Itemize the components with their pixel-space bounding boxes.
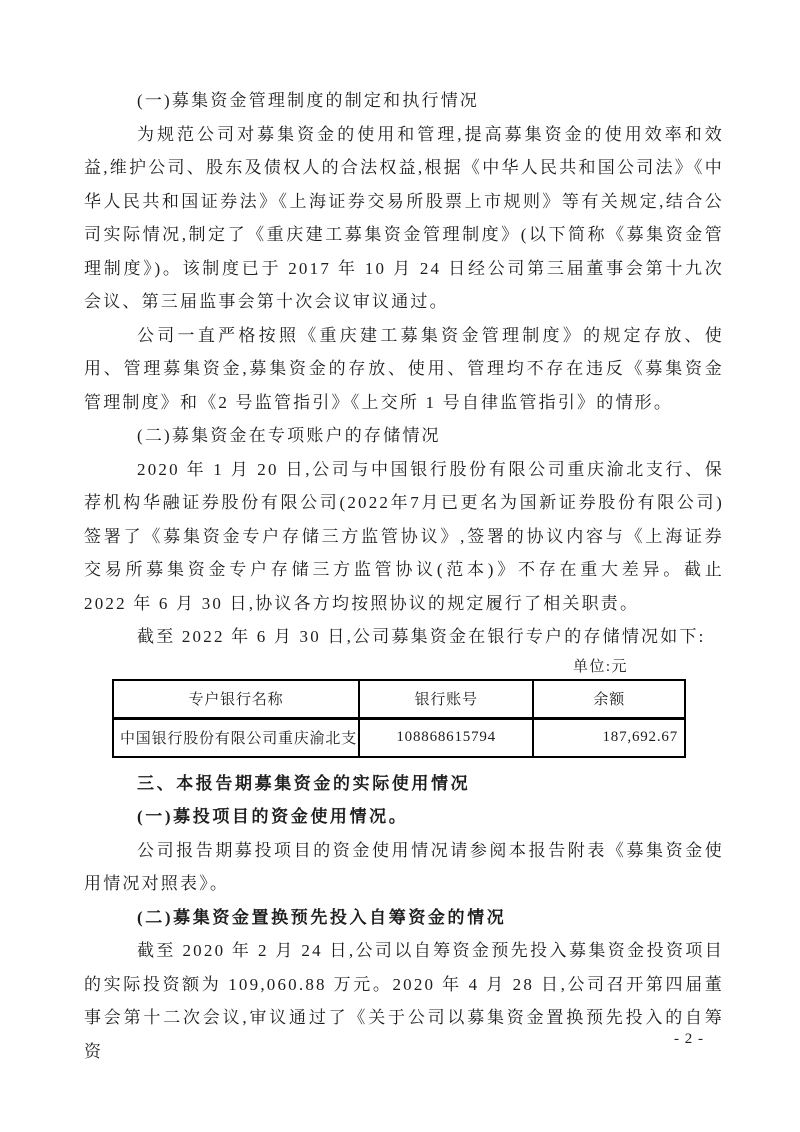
paragraph-fund-replacement: 截至 2020 年 2 月 24 日,公司以自筹资金预先投入募集资金投资项目的实… xyxy=(84,934,724,1068)
paragraph-fund-mgmt-establishment: 为规范公司对募集资金的使用和管理,提高募集资金的使用效率和效益,维护公司、股东及… xyxy=(84,118,724,319)
paragraph-fund-mgmt-compliance: 公司一直严格按照《重庆建工募集资金管理制度》的规定存放、使用、管理募集资金,募集… xyxy=(84,319,724,420)
cell-account-number: 108868615794 xyxy=(359,718,533,757)
heading-actual-usage: 三、本报告期募集资金的实际使用情况 xyxy=(84,767,724,801)
page-number: - 2 - xyxy=(674,1031,704,1048)
paragraph-storage-intro: 截至 2022 年 6 月 30 日,公司募集资金在银行专户的存储情况如下: xyxy=(84,620,724,654)
column-header-account-number: 银行账号 xyxy=(359,680,533,719)
table-header-row: 专户银行名称 银行账号 余额 xyxy=(113,680,685,719)
paragraph-tripartite-agreement: 2020 年 1 月 20 日,公司与中国银行股份有限公司重庆渝北支行、保荐机构… xyxy=(84,453,724,621)
cell-bank-name: 中国银行股份有限公司重庆渝北支行 xyxy=(113,718,359,757)
paragraph-project-fund-usage: 公司报告期募投项目的资金使用情况请参阅本报告附表《募集资金使用情况对照表》。 xyxy=(84,834,724,901)
page-content: (一)募集资金管理制度的制定和执行情况 为规范公司对募集资金的使用和管理,提高募… xyxy=(84,84,724,1068)
cell-balance: 187,692.67 xyxy=(533,718,685,757)
heading-project-fund-usage: (一)募投项目的资金使用情况。 xyxy=(84,800,724,834)
heading-fund-replacement: (二)募集资金置换预先投入自筹资金的情况 xyxy=(84,901,724,935)
heading-fund-mgmt-system: (一)募集资金管理制度的制定和执行情况 xyxy=(84,84,724,118)
table-unit-label: 单位:元 xyxy=(112,657,686,677)
fund-account-table: 专户银行名称 银行账号 余额 中国银行股份有限公司重庆渝北支行 10886861… xyxy=(112,679,686,758)
document-page: (一)募集资金管理制度的制定和执行情况 为规范公司对募集资金的使用和管理,提高募… xyxy=(0,0,800,1132)
heading-special-account-storage: (二)募集资金在专项账户的存储情况 xyxy=(84,419,724,453)
column-header-balance: 余额 xyxy=(533,680,685,719)
table-row: 中国银行股份有限公司重庆渝北支行 108868615794 187,692.67 xyxy=(113,718,685,757)
column-header-bank-name: 专户银行名称 xyxy=(113,680,359,719)
